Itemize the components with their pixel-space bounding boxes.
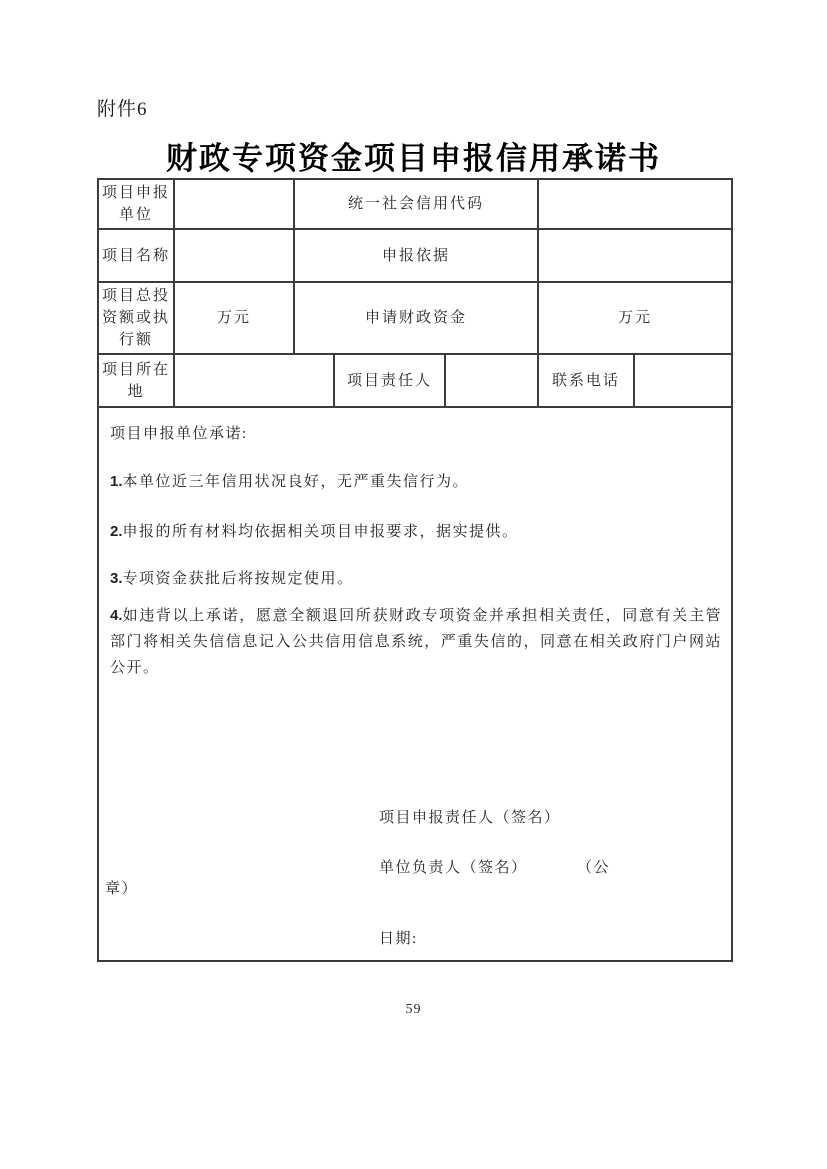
project-applicant-value-cell [174, 179, 294, 229]
total-investment-unit-cell: 万元 [174, 282, 294, 354]
project-name-label: 项目名称 [98, 229, 174, 282]
item-text: 如违背以上承诺，愿意全额退回所获财政专项资金并承担相关责任，同意有关主管部门将相… [110, 608, 722, 676]
commitment-content: 项目申报单位承诺: 1.本单位近三年信用状况良好，无严重失信行为。 2.申报的所… [101, 410, 729, 958]
table-row: 项目总投资额或执行额 万元 申请财政资金 万元 [98, 282, 732, 354]
project-location-label: 项目所在地 [98, 354, 174, 407]
commitment-header: 项目申报单位承诺: [110, 422, 248, 446]
item-number: 4. [110, 607, 123, 624]
page-number: 59 [0, 1002, 827, 1018]
item-number: 2. [110, 523, 123, 540]
attachment-label: 附件6 [97, 94, 148, 121]
item-number: 1. [110, 473, 123, 490]
table-row: 项目名称 申报依据 [98, 229, 732, 282]
commitment-item-3: 3.专项资金获批后将按规定使用。 [110, 567, 354, 591]
requested-funds-unit-cell: 万元 [538, 282, 732, 354]
commitment-item-4: 4.如违背以上承诺，愿意全额退回所获财政专项资金并承担相关责任，同意有关主管部门… [110, 603, 722, 681]
commitment-item-1: 1.本单位近三年信用状况良好，无严重失信行为。 [110, 470, 469, 494]
total-investment-label: 项目总投资额或执行额 [98, 282, 174, 354]
responsible-signature-line: 单位负责人（签名） [379, 856, 528, 880]
table-row: 项目申报单位承诺: 1.本单位近三年信用状况良好，无严重失信行为。 2.申报的所… [98, 407, 732, 961]
commitment-cell: 项目申报单位承诺: 1.本单位近三年信用状况良好，无严重失信行为。 2.申报的所… [98, 407, 732, 961]
declare-basis-value-cell [538, 229, 732, 282]
table-row: 项目申报单位 统一社会信用代码 [98, 179, 732, 229]
item-text: 本单位近三年信用状况良好，无严重失信行为。 [123, 474, 470, 490]
applicant-signature-line: 项目申报责任人（签名） [379, 806, 561, 830]
contact-phone-value-cell [634, 354, 732, 407]
document-page: 附件6 财政专项资金项目申报信用承诺书 项目申报单位 统一社会信用代码 项目名称… [0, 0, 827, 1169]
document-title: 财政专项资金项目申报信用承诺书 [0, 133, 827, 178]
credit-code-value-cell [538, 179, 732, 229]
project-leader-value-cell [445, 354, 538, 407]
date-label: 日期: [379, 927, 418, 951]
item-text: 专项资金获批后将按规定使用。 [123, 571, 354, 587]
commitment-item-2: 2.申报的所有材料均依据相关项目申报要求，据实提供。 [110, 520, 519, 544]
credit-code-label: 统一社会信用代码 [294, 179, 538, 229]
project-name-value-cell [174, 229, 294, 282]
company-seal-open: （公 [577, 856, 610, 880]
project-location-value-cell [174, 354, 334, 407]
application-form-table: 项目申报单位 统一社会信用代码 项目名称 申报依据 项目总投资额或执行额 万元 … [97, 178, 733, 962]
table-row: 项目所在地 项目责任人 联系电话 [98, 354, 732, 407]
contact-phone-label: 联系电话 [538, 354, 634, 407]
project-leader-label: 项目责任人 [334, 354, 445, 407]
requested-funds-label: 申请财政资金 [294, 282, 538, 354]
item-text: 申报的所有材料均依据相关项目申报要求，据实提供。 [123, 524, 519, 540]
company-seal-wrap: 章） [105, 877, 138, 901]
declare-basis-label: 申报依据 [294, 229, 538, 282]
project-applicant-label: 项目申报单位 [98, 179, 174, 229]
item-number: 3. [110, 570, 123, 587]
